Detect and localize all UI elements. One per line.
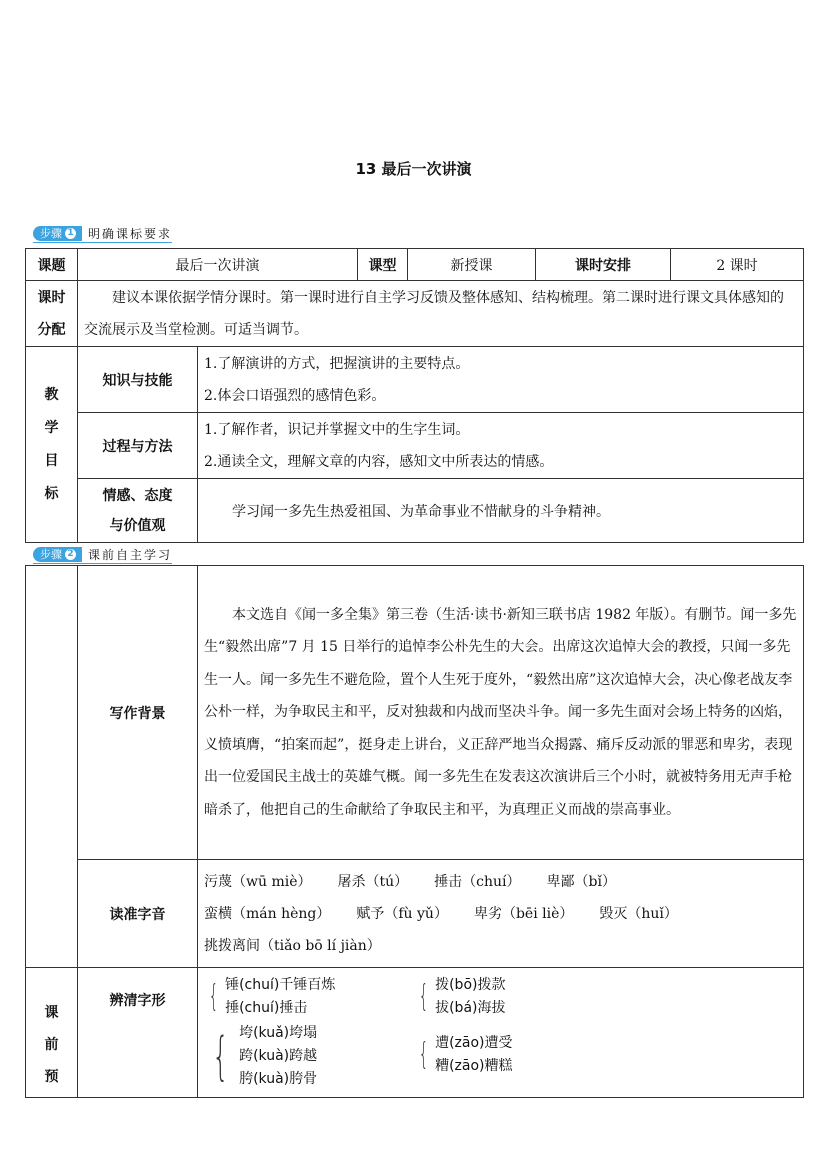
brace-icon: { bbox=[212, 1031, 229, 1083]
allocation-header: 课时分配 bbox=[26, 281, 78, 347]
step-1-header: 步骤1 明确课标要求 bbox=[33, 225, 172, 243]
page-title: 13 最后一次讲演 bbox=[0, 158, 827, 179]
emotion-values-text: 学习闻一多先生热爱祖国、为革命事业不惜献身的斗争精神。 bbox=[198, 479, 804, 543]
preview-header: 课前预 bbox=[26, 968, 78, 1098]
allocation-text: 建议本课依据学情分课时。第一课时进行自主学习反馈及整体感知、结构梳理。第二课时进… bbox=[78, 281, 804, 347]
step-1-pill: 步骤1 bbox=[33, 226, 82, 241]
shapes-label: 辨清字形 bbox=[78, 968, 198, 1098]
pronunciation-label: 读准字音 bbox=[78, 860, 198, 968]
brace-icon: { bbox=[419, 982, 429, 1012]
step-number-icon: 2 bbox=[65, 549, 76, 560]
knowledge-skills-label: 知识与技能 bbox=[78, 347, 198, 413]
topic-value: 最后一次讲演 bbox=[78, 249, 358, 281]
pronunciation-list: 污蔑（wū miè）屠杀（tú）捶击（chuí）卑鄙（bǐ） 蛮横（mán hè… bbox=[198, 860, 804, 968]
knowledge-skills-text: 1.了解演讲的方式，把握演讲的主要特点。2.体会口语强烈的感情色彩。 bbox=[198, 347, 804, 413]
process-methods-label: 过程与方法 bbox=[78, 413, 198, 479]
header-row-table: 课题 最后一次讲演 课型 新授课 课时安排 2 课时 bbox=[25, 248, 804, 281]
step-number-icon: 1 bbox=[65, 228, 76, 239]
brace-icon: { bbox=[419, 1040, 429, 1070]
schedule-header: 课时安排 bbox=[536, 249, 671, 281]
goals-table: 课时分配 建议本课依据学情分课时。第一课时进行自主学习反馈及整体感知、结构梳理。… bbox=[25, 280, 804, 543]
step-2-header: 步骤2 课前自主学习 bbox=[33, 546, 172, 564]
schedule-value: 2 课时 bbox=[671, 249, 804, 281]
emotion-values-label: 情感、态度与价值观 bbox=[78, 479, 198, 543]
goals-header: 教学目标 bbox=[26, 347, 78, 543]
step-label: 步骤 bbox=[40, 226, 62, 241]
process-methods-text: 1.了解作者，识记并掌握文中的生字生词。2.通读全文，理解文章的内容，感知文中所… bbox=[198, 413, 804, 479]
background-label: 写作背景 bbox=[78, 566, 198, 860]
lesson-type-header: 课型 bbox=[358, 249, 408, 281]
preview-blank-cell bbox=[26, 566, 78, 968]
step-2-pill: 步骤2 bbox=[33, 547, 82, 562]
step-2-label: 课前自主学习 bbox=[88, 546, 172, 563]
background-text: 本文选自《闻一多全集》第三卷（生活·读书·新知三联书店 1982 年版）。有删节… bbox=[198, 566, 804, 860]
step-1-label: 明确课标要求 bbox=[88, 225, 172, 242]
topic-header: 课题 bbox=[26, 249, 78, 281]
step-label: 步骤 bbox=[40, 547, 62, 562]
shapes-content: {锤(chuí)千锤百炼捶(chuí)捶击 {垮(kuǎ)垮塌跨(kuà)跨越胯… bbox=[198, 968, 804, 1098]
lesson-type-value: 新授课 bbox=[408, 249, 536, 281]
brace-icon: { bbox=[209, 982, 219, 1012]
preview-table: 写作背景 本文选自《闻一多全集》第三卷（生活·读书·新知三联书店 1982 年版… bbox=[25, 565, 804, 1098]
